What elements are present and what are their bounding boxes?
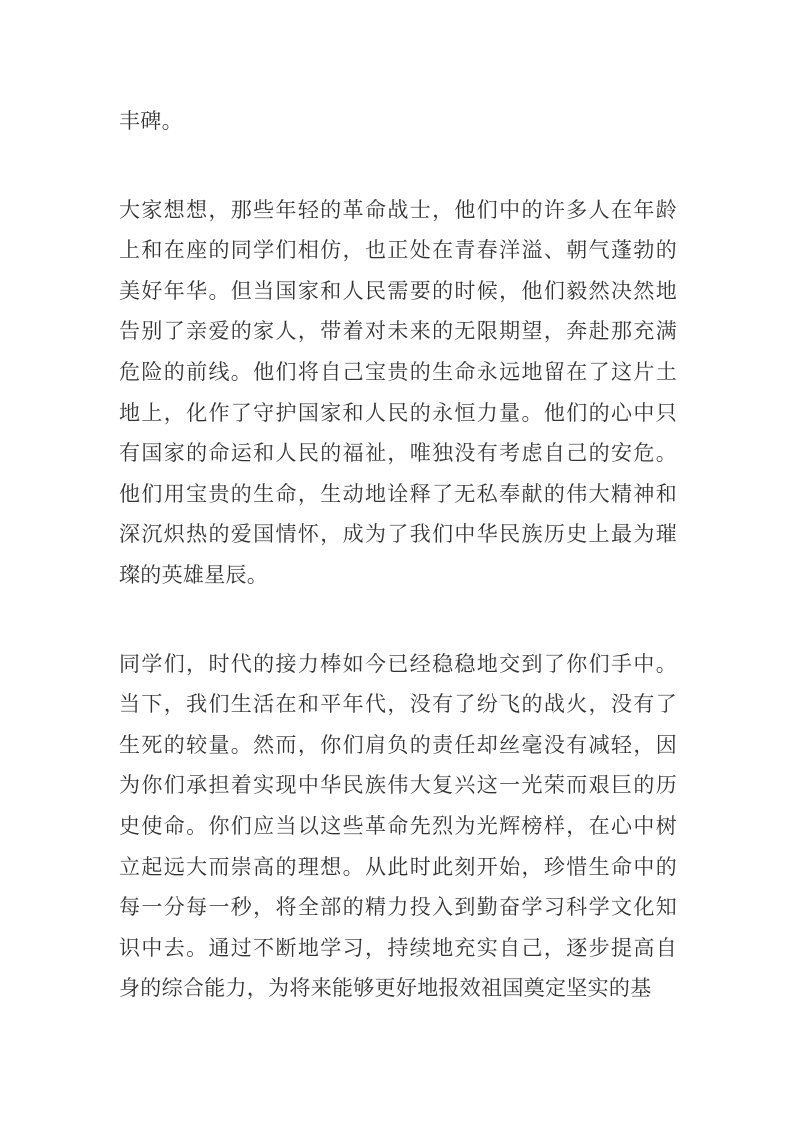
text-line: 每一分每一秒，将全部的精力投入到勤奋学习科学文化知 xyxy=(119,888,677,929)
text-line: 他们用宝贵的生命，生动地诠释了无私奉献的伟大精神和 xyxy=(119,475,677,516)
text-line: 当下，我们生活在和平年代，没有了纷飞的战火，没有了 xyxy=(119,685,677,726)
text-line: 身的综合能力，为将来能够更好地报效祖国奠定坚实的基 xyxy=(119,969,677,1010)
text-line: 立起远大而崇高的理想。从此时此刻开始，珍惜生命中的 xyxy=(119,848,677,889)
text-line: 美好年华。但当国家和人民需要的时候，他们毅然决然地 xyxy=(119,272,677,313)
text-line: 同学们，时代的接力棒如今已经稳稳地交到了你们手中。 xyxy=(119,645,677,686)
paragraph: 同学们，时代的接力棒如今已经稳稳地交到了你们手中。当下，我们生活在和平年代，没有… xyxy=(119,645,677,1010)
text-line: 深沉炽热的爱国情怀，成为了我们中华民族历史上最为璀 xyxy=(119,515,677,556)
paragraph: 大家想想，那些年轻的革命战士，他们中的许多人在年龄上和在座的同学们相仿，也正处在… xyxy=(119,191,677,597)
document-page: 丰碑。大家想想，那些年轻的革命战士，他们中的许多人在年龄上和在座的同学们相仿，也… xyxy=(0,0,793,1122)
text-line: 璨的英雄星辰。 xyxy=(119,556,677,597)
paragraph: 丰碑。 xyxy=(119,102,677,143)
text-line: 地上，化作了守护国家和人民的永恒力量。他们的心中只 xyxy=(119,394,677,435)
text-line: 丰碑。 xyxy=(119,102,677,143)
text-line: 识中去。通过不断地学习，持续地充实自己，逐步提高自 xyxy=(119,929,677,970)
text-line: 上和在座的同学们相仿，也正处在青春洋溢、朝气蓬勃的 xyxy=(119,231,677,272)
text-line: 史使命。你们应当以这些革命先烈为光辉榜样，在心中树 xyxy=(119,807,677,848)
text-line: 告别了亲爱的家人，带着对未来的无限期望，奔赴那充满 xyxy=(119,312,677,353)
text-line: 危险的前线。他们将自己宝贵的生命永远地留在了这片土 xyxy=(119,353,677,394)
text-line: 大家想想，那些年轻的革命战士，他们中的许多人在年龄 xyxy=(119,191,677,232)
text-line: 有国家的命运和人民的福祉，唯独没有考虑自己的安危。 xyxy=(119,434,677,475)
text-line: 生死的较量。然而，你们肩负的责任却丝毫没有减轻，因 xyxy=(119,726,677,767)
document-body: 丰碑。大家想想，那些年轻的革命战士，他们中的许多人在年龄上和在座的同学们相仿，也… xyxy=(119,102,677,1010)
text-line: 为你们承担着实现中华民族伟大复兴这一光荣而艰巨的历 xyxy=(119,766,677,807)
